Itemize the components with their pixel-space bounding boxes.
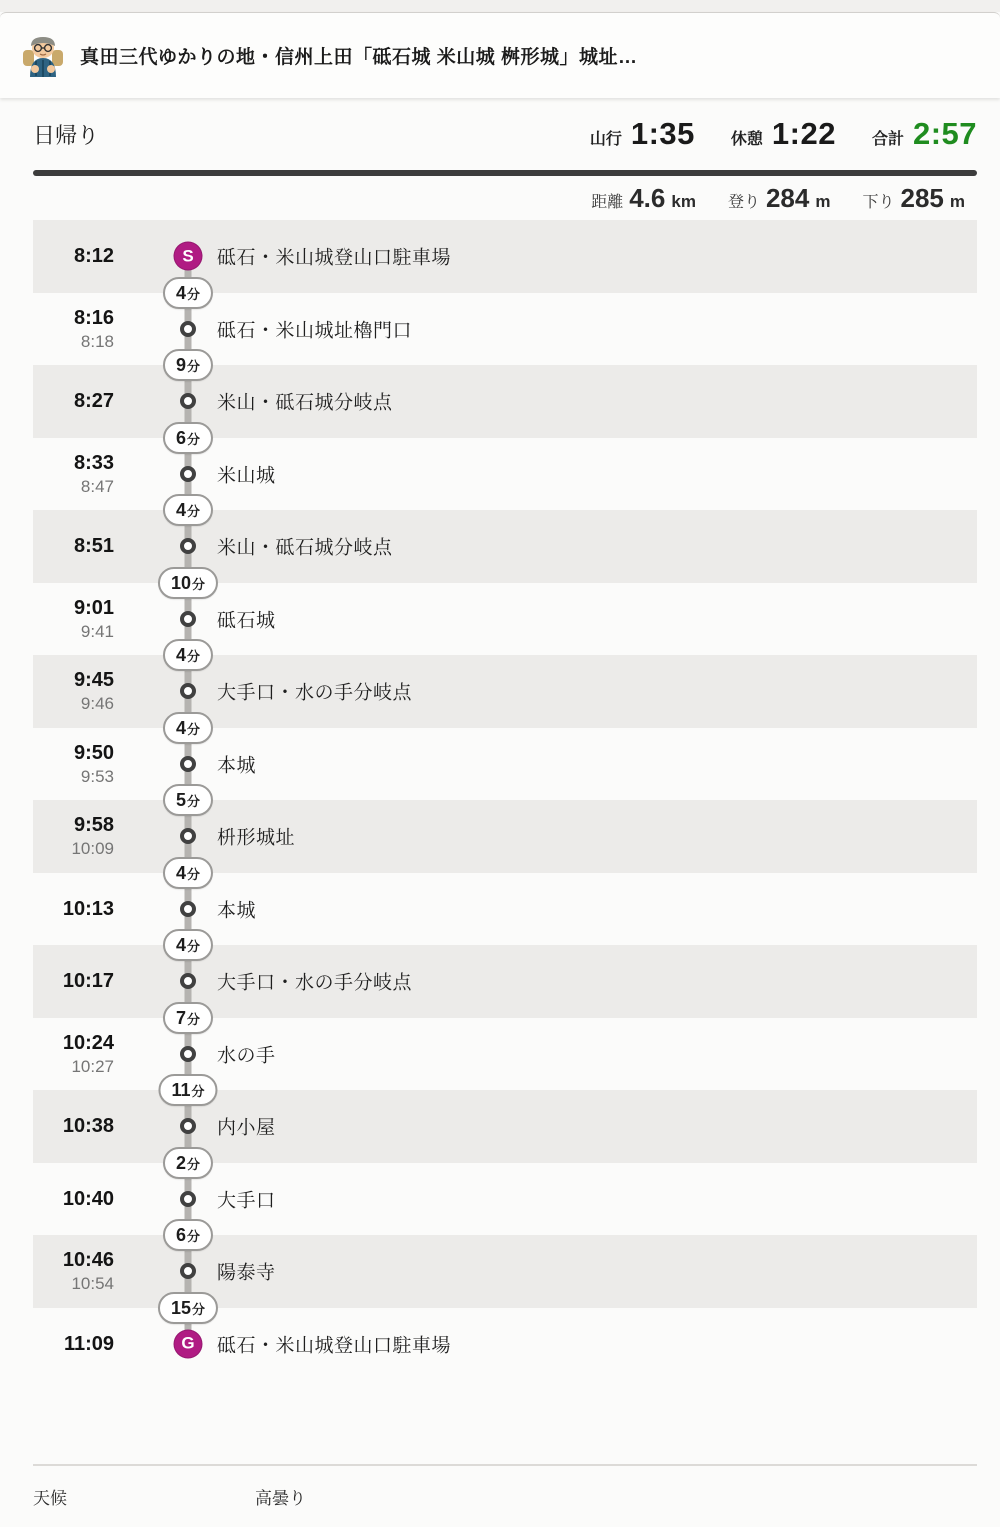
waypoint-name: 大手口・水の手分岐点 [217,678,412,705]
leg-duration-unit: 分 [187,719,200,738]
stat-label: 山行 [590,126,622,149]
leg-duration-unit: 分 [187,864,200,883]
leg-duration-unit: 分 [187,1009,200,1028]
metric-unit: km [671,192,696,212]
waypoint-times: 10:4610:54 [33,1247,114,1295]
waypoint-marker [180,1263,196,1279]
waypoint-times: 8:338:47 [33,450,114,498]
weather-label: 天候 [33,1484,255,1509]
leg-duration-unit: 分 [192,574,205,593]
waypoint-arrival-time: 10:40 [33,1186,114,1212]
waypoint-dot-icon [180,1263,196,1279]
waypoint-arrival-time: 9:58 [33,812,114,838]
time-stats: 山行 1:35 休憩 1:22 合計 2:57 [590,116,977,152]
waypoint-marker [180,611,196,627]
leg-duration-value: 15 [171,1298,191,1319]
waypoint-arrival-time: 8:33 [33,450,114,476]
waypoint-marker [180,683,196,699]
waypoint-departure-time: 8:47 [33,476,114,498]
waypoint-dot-icon [180,901,196,917]
record-header: 真田三代ゆかりの地・信州上田「砥石城 米山城 桝形城」城址… [0,12,1000,98]
waypoint-departure-time: 10:09 [33,838,114,860]
waypoint-dot-icon [180,756,196,772]
waypoint-times: 10:38 [33,1113,114,1139]
leg-duration-value: 6 [176,1225,186,1246]
waypoint-times: 8:27 [33,388,114,414]
bottom-spacer [33,1380,977,1464]
waypoint-arrival-time: 8:12 [33,243,114,269]
waypoint-name: 本城 [217,895,256,922]
stat-value: 2:57 [913,116,977,152]
timeline: 8:12S砥石・米山城登山口駐車場4分8:168:18砥石・米山城址櫓門口9分8… [33,220,977,1380]
leg-duration-value: 4 [176,718,186,739]
leg-duration-unit: 分 [187,284,200,303]
leg-duration-pill: 4分 [163,929,213,961]
waypoint-times: 10:17 [33,968,114,994]
waypoint-name: 米山・砥石城分岐点 [217,388,393,415]
waypoint-marker [180,828,196,844]
waypoint-arrival-time: 8:27 [33,388,114,414]
leg-duration-unit: 分 [187,1154,200,1173]
waypoint-name: 水の手 [217,1040,276,1067]
leg-duration-pill: 7分 [163,1002,213,1034]
leg-duration-value: 7 [176,1008,186,1029]
leg-duration-value: 11 [171,1080,190,1101]
metric-label: 距離 [591,189,623,212]
user-avatar[interactable] [20,33,66,79]
waypoint-name: 内小屋 [217,1113,276,1140]
leg-duration-unit: 分 [192,1299,205,1318]
metric-label: 登り [728,189,760,212]
stat-label: 合計 [872,126,904,149]
leg-duration-value: 4 [176,283,186,304]
waypoint-times: 11:09 [33,1331,114,1357]
waypoint-times: 9:5810:09 [33,812,114,860]
waypoint-dot-icon [180,321,196,337]
waypoint-marker [180,538,196,554]
waypoint-arrival-time: 10:38 [33,1113,114,1139]
leg-duration-unit: 分 [187,646,200,665]
waypoint-marker: G [174,1329,203,1358]
stat-hiking-time: 山行 1:35 [590,116,695,152]
leg-duration-pill: 4分 [163,277,213,309]
waypoint-dot-icon [180,973,196,989]
waypoint-name: 米山・砥石城分岐点 [217,533,393,560]
waypoint-marker: S [174,242,203,271]
stat-rest-time: 休憩 1:22 [731,116,836,152]
leg-duration-unit: 分 [187,936,200,955]
record-body: 日帰り 山行 1:35 休憩 1:22 合計 2:57 距離 4.6 km 登り… [0,98,1000,1527]
waypoint-times: 8:168:18 [33,305,114,353]
waypoint-times: 9:459:46 [33,667,114,715]
leg-duration-value: 6 [176,428,186,449]
waypoint-marker [180,1191,196,1207]
stat-value: 1:22 [772,116,836,152]
waypoint-name: 大手口 [217,1185,276,1212]
waypoint-dot-icon [180,538,196,554]
waypoint-dot-icon [180,683,196,699]
waypoint-departure-time: 10:27 [33,1056,114,1078]
trip-type-label: 日帰り [33,119,99,150]
waypoint-dot-icon [180,1191,196,1207]
waypoint-times: 10:40 [33,1186,114,1212]
distance-metrics-bar: 距離 4.6 km 登り 284 m 下り 285 m [33,176,977,220]
waypoint-marker [180,901,196,917]
leg-duration-pill: 9分 [163,349,213,381]
waypoint-arrival-time: 10:46 [33,1247,114,1273]
record-title[interactable]: 真田三代ゆかりの地・信州上田「砥石城 米山城 桝形城」城址… [80,42,638,69]
waypoint-name: 枡形城址 [217,823,295,850]
waypoint-departure-time: 9:41 [33,621,114,643]
waypoint-name: 陽泰寺 [217,1258,276,1285]
waypoint-marker [180,1046,196,1062]
leg-duration-unit: 分 [187,501,200,520]
waypoint-times: 9:019:41 [33,595,114,643]
leg-duration-pill: 4分 [163,494,213,526]
waypoint-times: 10:2410:27 [33,1030,114,1078]
waypoint-departure-time: 9:46 [33,693,114,715]
metric-distance: 距離 4.6 km [591,183,696,214]
waypoint-name: 本城 [217,750,256,777]
metric-label: 下り [862,189,894,212]
waypoint-name: 大手口・水の手分岐点 [217,968,412,995]
waypoint-times: 8:12 [33,243,114,269]
goal-badge-icon: G [174,1329,203,1358]
waypoint-name: 砥石・米山城登山口駐車場 [217,243,451,270]
leg-duration-unit: 分 [187,791,200,810]
metric-descent: 下り 285 m [862,183,965,214]
waypoint-name: 砥石城 [217,605,276,632]
waypoint-times: 8:51 [33,533,114,559]
waypoint-times: 9:509:53 [33,740,114,788]
waypoint-departure-time: 10:54 [33,1273,114,1295]
leg-duration-pill: 4分 [163,857,213,889]
page-top-strip [0,0,1000,12]
metric-ascent: 登り 284 m [728,183,831,214]
waypoint-name: 砥石・米山城址櫓門口 [217,315,412,342]
waypoint-arrival-time: 8:51 [33,533,114,559]
waypoint-dot-icon [180,611,196,627]
leg-duration-pill: 5分 [163,784,213,816]
leg-duration-pill: 4分 [163,639,213,671]
time-summary-bar: 日帰り 山行 1:35 休憩 1:22 合計 2:57 [33,98,977,170]
leg-duration-value: 4 [176,500,186,521]
waypoint-marker [180,466,196,482]
waypoint-name: 米山城 [217,460,276,487]
leg-duration-pill: 2分 [163,1147,213,1179]
waypoint-dot-icon [180,466,196,482]
leg-duration-value: 9 [176,355,186,376]
leg-duration-pill: 6分 [163,1219,213,1251]
leg-duration-value: 5 [176,790,186,811]
leg-duration-value: 4 [176,935,186,956]
metric-value: 285 [900,183,943,214]
waypoint-dot-icon [180,393,196,409]
metric-unit: m [815,192,830,212]
waypoint-arrival-time: 8:16 [33,305,114,331]
waypoint-times: 10:13 [33,896,114,922]
leg-duration-pill: 4分 [163,712,213,744]
metric-unit: m [950,192,965,212]
waypoint-arrival-time: 10:17 [33,968,114,994]
waypoint-departure-time: 8:18 [33,331,114,353]
waypoint-dot-icon [180,828,196,844]
waypoint-dot-icon [180,1046,196,1062]
leg-duration-pill: 11分 [158,1074,217,1106]
leg-duration-pill: 6分 [163,422,213,454]
leg-duration-pill: 10分 [158,567,218,599]
metric-value: 4.6 [629,183,665,214]
leg-duration-unit: 分 [187,1226,200,1245]
metric-value: 284 [766,183,809,214]
waypoint-marker [180,321,196,337]
leg-duration-value: 2 [176,1153,186,1174]
stat-value: 1:35 [631,116,695,152]
waypoint-arrival-time: 9:45 [33,667,114,693]
leg-duration-value: 4 [176,863,186,884]
waypoint-arrival-time: 9:01 [33,595,114,621]
waypoint-marker [180,973,196,989]
waypoint-name: 砥石・米山城登山口駐車場 [217,1330,451,1357]
leg-duration-value: 10 [171,573,191,594]
leg-duration-unit: 分 [187,429,200,448]
weather-value: 高曇り [255,1484,306,1509]
leg-duration-unit: 分 [192,1081,205,1100]
stat-label: 休憩 [731,126,763,149]
waypoint-marker [180,393,196,409]
waypoint-arrival-time: 10:13 [33,896,114,922]
leg-duration-pill: 15分 [158,1292,218,1324]
stat-total-time: 合計 2:57 [872,116,977,152]
leg-duration-unit: 分 [187,356,200,375]
waypoint-arrival-time: 10:24 [33,1030,114,1056]
weather-row: 天候 高曇り [33,1466,977,1527]
leg-duration-value: 4 [176,645,186,666]
waypoint-arrival-time: 11:09 [33,1331,114,1357]
start-badge-icon: S [174,242,203,271]
waypoint-marker [180,756,196,772]
waypoint-dot-icon [180,1118,196,1134]
waypoint-marker [180,1118,196,1134]
waypoint-arrival-time: 9:50 [33,740,114,766]
waypoint-departure-time: 9:53 [33,766,114,788]
